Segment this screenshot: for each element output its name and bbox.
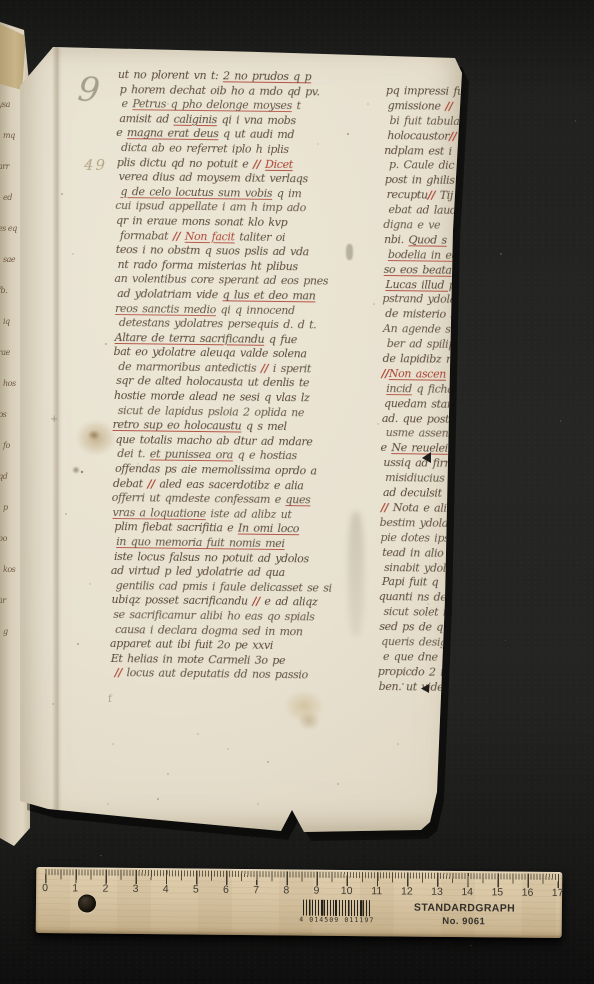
ruler-number: 0: [42, 882, 48, 894]
ruler-number: 17: [552, 887, 564, 899]
ruler-scale-numbers: 01234567891011121314151617: [36, 867, 562, 872]
underlying-text-fragment: es eq: [0, 224, 17, 233]
ruler-number: 5: [193, 884, 199, 896]
ruler-number: 12: [401, 886, 413, 898]
dust-speck: [500, 253, 502, 255]
ruler-number: 9: [313, 885, 319, 897]
underlying-text-fragment: fb.: [0, 286, 7, 295]
underlying-text-fragment: arr: [0, 162, 9, 171]
underlying-text-fragment: qd: [0, 472, 7, 481]
ruler-number: 10: [341, 885, 353, 897]
dust-speck: [470, 945, 472, 946]
underlying-text-fragment: ed: [3, 193, 12, 202]
underlying-text-fragment: ps: [0, 410, 6, 419]
ruler-brand: STANDARDGRAPH: [414, 902, 514, 915]
dust-speck: [575, 120, 576, 122]
underlying-text-fragment: bo: [0, 534, 7, 543]
underlying-text-fragment: mq: [3, 131, 15, 140]
manuscript-page: 9 49 + f ut no plorent vn t: 2 no prudos…: [18, 44, 466, 836]
ruler-number: 16: [522, 887, 534, 899]
ruler-hanging-hole: [78, 894, 96, 912]
ruler-model-number: No. 9061: [414, 916, 514, 928]
ruler-brand-block: STANDARDGRAPH No. 9061: [414, 902, 514, 928]
ruler-number: 8: [283, 884, 289, 896]
photo-stage: ysamqarredes eqsaefb.iqraehospsfoqdpboko…: [0, 0, 594, 984]
ruler-number: 3: [133, 883, 139, 895]
ruler-number: 2: [102, 883, 108, 895]
ruler-number: 13: [431, 886, 443, 898]
dust-speck: [505, 640, 506, 641]
underlying-text-fragment: kos: [3, 565, 15, 574]
dust-speck: [560, 420, 561, 422]
ruler-mm-ticks: [45, 869, 559, 880]
underlying-text-fragment: ar: [0, 596, 6, 605]
underlying-text-fragment: rae: [0, 348, 10, 357]
ruler-number: 14: [461, 886, 473, 898]
barcode: 4 014509 011197: [299, 900, 375, 925]
barcode-digits: 4 014509 011197: [299, 916, 375, 925]
ruler-number: 7: [253, 884, 259, 896]
barcode-bars: [303, 900, 371, 917]
parchment-specks: [18, 44, 466, 836]
parchment-fragment: [0, 24, 26, 90]
ruler-number: 1: [72, 882, 78, 894]
ruler-cm-ticks: [45, 869, 559, 888]
underlying-text-fragment: fo: [3, 441, 10, 450]
ruler-number: 6: [223, 884, 229, 896]
underlying-text-fragment: ysa: [0, 100, 10, 109]
wooden-ruler: 01234567891011121314151617 4 014509 0111…: [36, 867, 563, 938]
ruler-number: 15: [491, 886, 503, 898]
ruler-number: 11: [371, 885, 382, 897]
underlying-text-fragment: g: [3, 627, 8, 636]
ruler-number: 4: [163, 883, 169, 895]
underlying-text-fragment: hos: [3, 379, 16, 388]
underlying-text-fragment: sae: [3, 255, 15, 264]
dust-speck: [100, 855, 102, 856]
underlying-text-fragment: p: [3, 503, 8, 512]
ruler-halfcm-ticks: [45, 869, 559, 884]
underlying-text-fragment: iq: [3, 317, 10, 326]
